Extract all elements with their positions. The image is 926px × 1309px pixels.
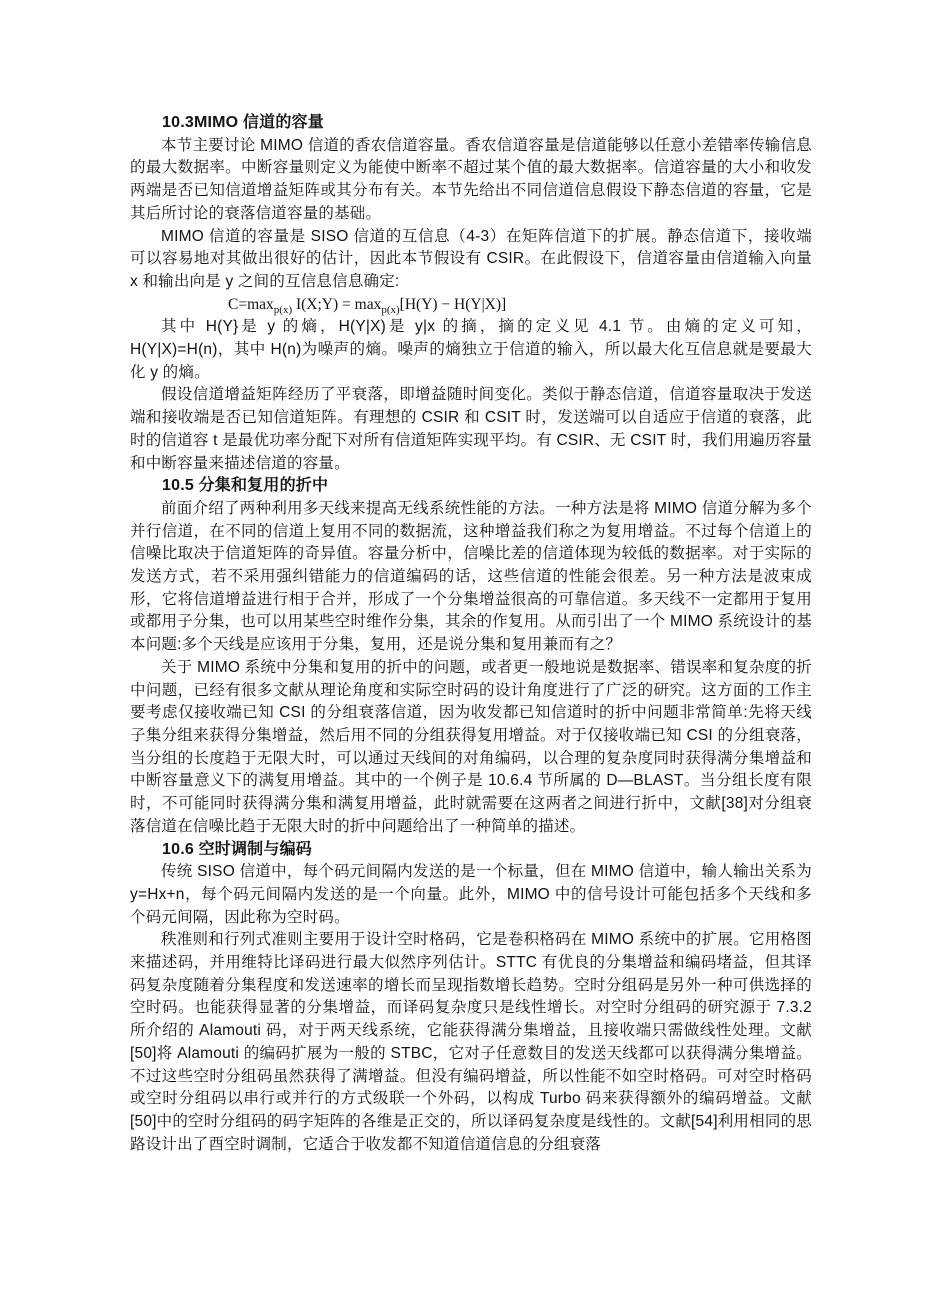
paragraph-multiplexing-gain: 前面介绍了两种利用多天线来提高无线系统性能的方法。一种方法是将 MIMO 信道分… bbox=[130, 498, 812, 657]
paragraph-entropy-definition: 其中 H(Y}是 y 的熵，H(Y|X)是 y|x 的摘，摘的定义见 4.1 节… bbox=[130, 316, 812, 384]
section-heading-10-6: 10.6 空时调制与编码 bbox=[130, 839, 812, 862]
formula-subscript-2: p(x) bbox=[381, 304, 399, 316]
paragraph-flat-fading: 假设信道增益矩阵经历了平衰落，即增益随时间变化。类似于静态信道，信道容量取决于发… bbox=[130, 384, 812, 475]
paragraph-sttc-stbc: 秩准则和行列式准则主要用于设计空时格码，它是卷积格码在 MIMO 系统中的扩展。… bbox=[130, 929, 812, 1156]
paragraph-shannon-capacity: 本节主要讨论 MIMO 信道的香农信道容量。香农信道容量是信道能够以任意小差错率… bbox=[130, 135, 812, 226]
formula-suffix: [H(Y) − H(Y|X)] bbox=[400, 296, 507, 313]
formula-mid: I(X;Y) = max bbox=[292, 296, 381, 313]
paragraph-space-time-code: 传统 SISO 信道中，每个码元间隔内发送的是一个标量，但在 MIMO 信道中，… bbox=[130, 861, 812, 929]
capacity-formula: C=maxp(x) I(X;Y) = maxp(x)[H(Y) − H(Y|X)… bbox=[130, 294, 812, 317]
paragraph-mimo-mutual-info: MIMO 信道的容量是 SISO 信道的互信息（4-3）在矩阵信道下的扩展。静态… bbox=[130, 226, 812, 294]
formula-subscript-1: p(x) bbox=[274, 304, 292, 316]
paragraph-tradeoff-research: 关于 MIMO 系统中分集和复用的折中的问题，或者更一般地说是数据率、错误率和复… bbox=[130, 657, 812, 839]
section-heading-10-3: 10.3MIMO 信道的容量 bbox=[130, 112, 812, 135]
text-block: 10.3MIMO 信道的容量 本节主要讨论 MIMO 信道的香农信道容量。香农信… bbox=[130, 112, 812, 1156]
document-page: 10.3MIMO 信道的容量 本节主要讨论 MIMO 信道的香农信道容量。香农信… bbox=[0, 0, 926, 1309]
section-heading-10-5: 10.5 分集和复用的折中 bbox=[130, 475, 812, 498]
formula-prefix: C=max bbox=[228, 296, 274, 313]
